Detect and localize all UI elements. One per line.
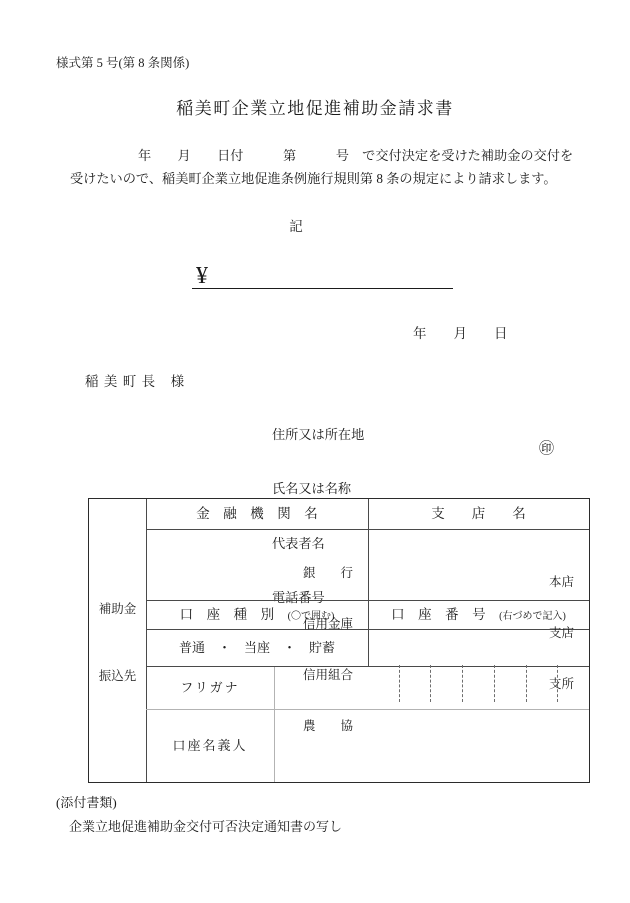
addressee-mayor: 稲 美 町 長 様 (85, 370, 185, 390)
applicant-address-label: 住所又は所在地 (272, 424, 364, 446)
bank-transfer-table: 補助金 振込先 金 融 機 関 名 支 店 名 銀 行 信用金庫 信用組合 農 … (88, 498, 590, 783)
ki-heading: 記 (0, 215, 592, 235)
institution-type-bank: 銀 行 (146, 565, 353, 582)
amount-fill-line: ¥ (192, 261, 453, 289)
branch-name-header: 支 店 名 (368, 499, 589, 529)
date-line: 年 月 日 (413, 322, 508, 342)
seal-icon: ㊞ (539, 437, 554, 458)
account-type-options: 普通 ・ 当座 ・ 貯蓄 (146, 629, 368, 666)
furigana-blank-cell (274, 666, 589, 709)
account-type-header-text: 口 座 種 別 (180, 607, 275, 622)
account-holder-blank-cell (274, 709, 589, 782)
attachment-item: 企業立地促進補助金交付可否決定通知書の写し (69, 816, 342, 835)
intro-line-1: 年 月 日付 第 号 で交付決定を受けた補助金の交付を (138, 148, 573, 163)
yen-symbol: ¥ (196, 264, 208, 288)
account-holder-label: 口座名義人 (146, 709, 274, 782)
account-number-header: 口 座 番 号 (右づめで記入) (368, 600, 589, 629)
row-label-transfer-destination: 振込先 (89, 666, 146, 684)
row-label-subsidy: 補助金 (89, 599, 146, 617)
branch-type-list: 本店 支店 支所 (368, 529, 589, 600)
account-type-note: (〇で囲む) (288, 611, 335, 622)
furigana-label: フリガナ (146, 666, 274, 709)
attachment-header: (添付書類) (56, 792, 117, 811)
form-number: 様式第 5 号(第 8 条関係) (56, 53, 189, 71)
intro-line-2: 受けたいので、稲美町企業立地促進条例施行規則第 8 条の規定により請求します。 (70, 171, 557, 186)
institution-type-list: 銀 行 信用金庫 信用組合 農 協 (146, 529, 368, 600)
account-type-header: 口 座 種 別 (〇で囲む) (146, 600, 368, 629)
account-number-note: (右づめで記入) (499, 611, 566, 622)
account-number-header-text: 口 座 番 号 (391, 607, 486, 622)
branch-type-head-office: 本店 (368, 574, 574, 591)
page-title: 稲美町企業立地促進補助金請求書 (0, 94, 630, 119)
document-page: 様式第 5 号(第 8 条関係) 稲美町企業立地促進補助金請求書 年 月 日付 … (0, 0, 630, 903)
financial-institution-header: 金 融 機 関 名 (146, 499, 368, 529)
intro-paragraph: 年 月 日付 第 号 で交付決定を受けた補助金の交付を受けたいので、稲美町企業立… (70, 144, 582, 190)
account-number-digit-boxes (368, 629, 589, 666)
